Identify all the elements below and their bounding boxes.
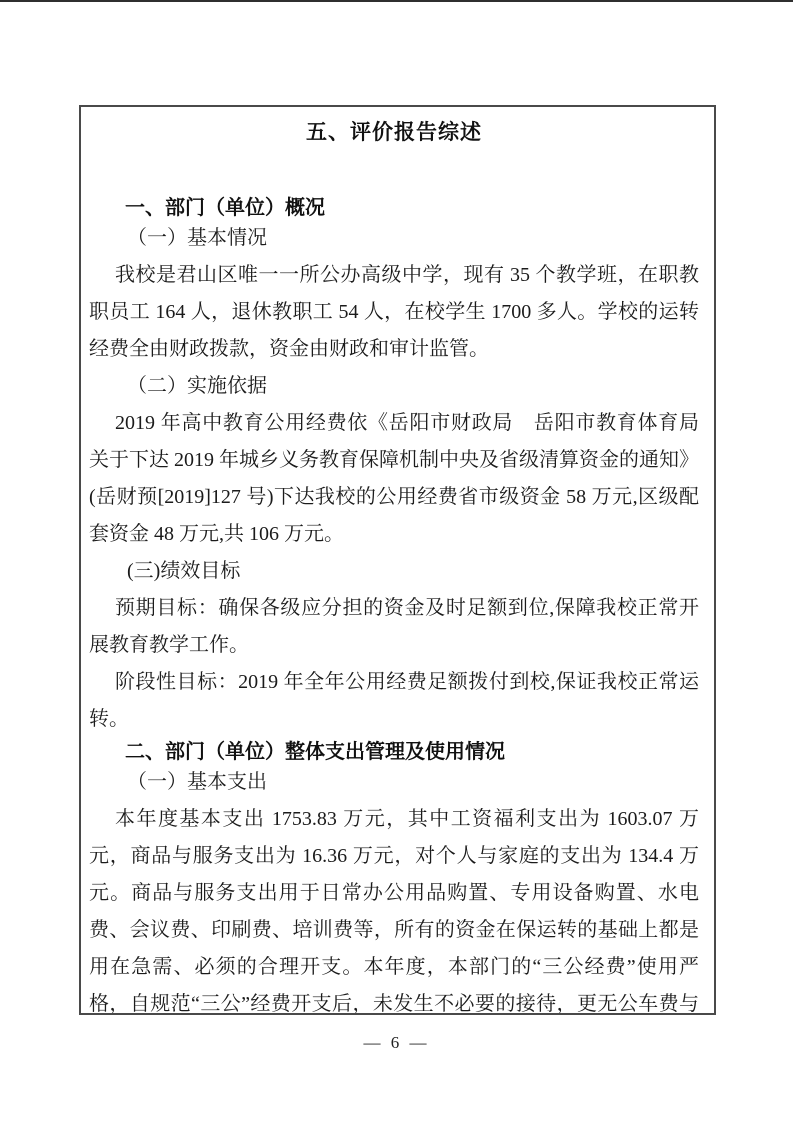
subsection-heading-performance-goals: (三)绩效目标 — [89, 553, 699, 590]
document-page: 五、评价报告综述 一、部门（单位）概况 （一）基本情况 我校是君山区唯一一所公办… — [0, 0, 793, 1122]
paragraph-expected-goal: 预期目标：确保各级应分担的资金及时足额到位,保障我校正常开展教育教学工作。 — [89, 590, 699, 664]
subsection-heading-basic-expenditure: （一）基本支出 — [89, 764, 699, 801]
paragraph-basic-expenditure-detail: 本年度基本支出 1753.83 万元，其中工资福利支出为 1603.07 万元，… — [89, 801, 699, 1015]
section-heading-1: 一、部门（单位）概况 — [89, 194, 699, 220]
page-number: — 6 — — [0, 1033, 793, 1053]
paragraph-funding-basis: 2019 年高中教育公用经费依《岳阳市财政局 岳阳市教育体育局关于下达 2019… — [89, 405, 699, 553]
subsection-heading-basic-info: （一）基本情况 — [89, 220, 699, 257]
report-title: 五、评价报告综述 — [89, 119, 699, 145]
scan-artifact-line — [0, 0, 793, 2]
paragraph-stage-goal: 阶段性目标：2019 年全年公用经费足额拨付到校,保证我校正常运转。 — [89, 664, 699, 738]
paragraph-school-overview: 我校是君山区唯一一所公办高级中学，现有 35 个教学班，在职教职员工 164 人… — [89, 257, 699, 368]
subsection-heading-implementation-basis: （二）实施依据 — [89, 368, 699, 405]
section-heading-2: 二、部门（单位）整体支出管理及使用情况 — [89, 738, 699, 764]
report-border-box: 五、评价报告综述 一、部门（单位）概况 （一）基本情况 我校是君山区唯一一所公办… — [79, 105, 716, 1015]
